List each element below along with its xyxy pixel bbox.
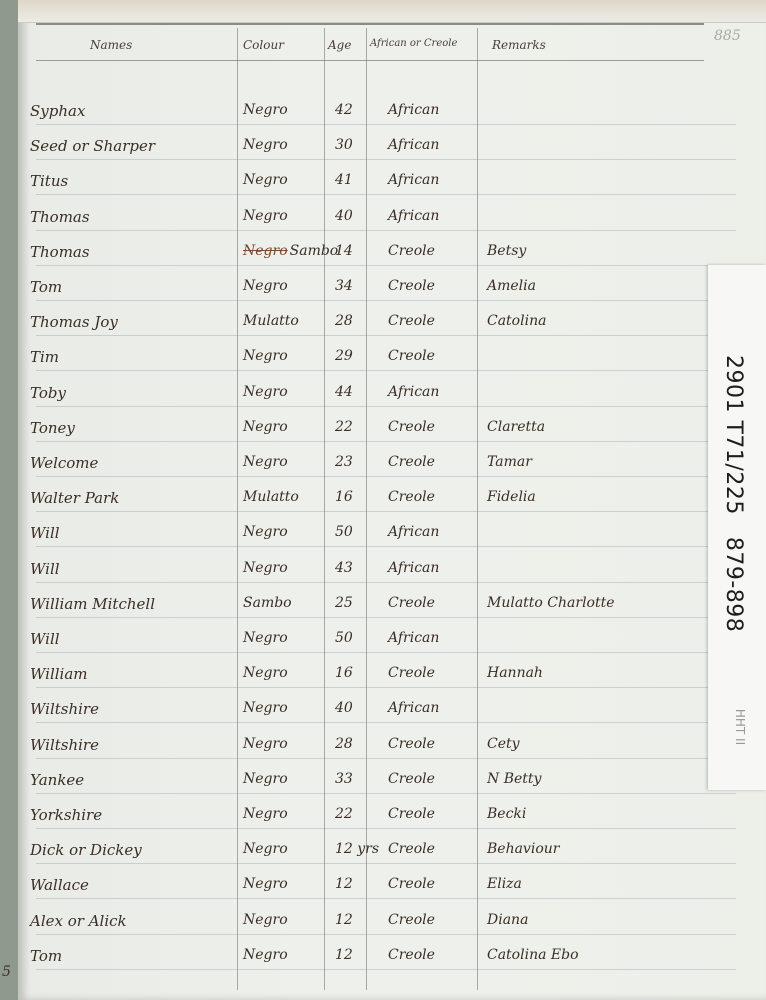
cell-name: Tom <box>30 278 62 296</box>
colour-value: Negro <box>243 102 288 118</box>
table-row: WiltshireNegro28CreoleCety <box>0 732 766 760</box>
cell-colour: Negro <box>243 700 288 716</box>
cell-age: 29 <box>335 348 353 364</box>
label-text: 2901 T71/225879-898 <box>721 355 746 632</box>
table-row: WillNegro50African <box>0 520 766 548</box>
table-row: SyphaxNegro42African <box>0 98 766 126</box>
cell-origin: Creole <box>388 665 435 681</box>
cell-remarks: Eliza <box>487 876 522 892</box>
cell-name: Welcome <box>30 454 98 472</box>
cell-remarks: Tamar <box>487 454 532 470</box>
table-row: WallaceNegro12CreoleEliza <box>0 872 766 900</box>
cell-remarks: Betsy <box>487 243 526 259</box>
column-headers: Names Colour Age African or Creole Remar… <box>0 30 766 58</box>
table-row: YorkshireNegro22CreoleBecki <box>0 802 766 830</box>
cell-name: Alex or Alick <box>30 912 127 930</box>
cell-name: Will <box>30 630 60 648</box>
cell-age: 33 <box>335 771 353 787</box>
table-row: YankeeNegro33CreoleN Betty <box>0 767 766 795</box>
cell-colour: Negro <box>243 172 288 188</box>
table-row: TitusNegro41African <box>0 168 766 196</box>
cell-age: 28 <box>335 736 353 752</box>
cell-colour: Negro <box>243 630 288 646</box>
header-rule <box>36 60 704 61</box>
cell-name: Wallace <box>30 876 89 894</box>
cell-origin: Creole <box>388 243 435 259</box>
cell-colour: Negro <box>243 102 288 118</box>
table-row: ToneyNegro22CreoleClaretta <box>0 415 766 443</box>
colour-value: Negro <box>243 419 288 435</box>
page-edge-strip <box>18 0 766 23</box>
colour-value: Negro <box>243 806 288 822</box>
cell-colour: Negro <box>243 384 288 400</box>
cell-name: Wiltshire <box>30 736 99 754</box>
cell-name: William Mitchell <box>30 595 155 613</box>
table-row: ThomasNegroSambo14CreoleBetsy <box>0 239 766 267</box>
table-row: WilliamNegro16CreoleHannah <box>0 661 766 689</box>
cell-remarks: Behaviour <box>487 841 559 857</box>
cell-name: Toney <box>30 419 75 437</box>
cell-name: Seed or Sharper <box>30 137 155 155</box>
table-row: Thomas JoyMulatto28CreoleCatolina <box>0 309 766 337</box>
cell-name: Toby <box>30 384 66 402</box>
cell-colour: Negro <box>243 560 288 576</box>
cell-origin: African <box>388 208 439 224</box>
cell-age: 43 <box>335 560 353 576</box>
cell-colour: NegroSambo <box>243 243 338 259</box>
cell-origin: African <box>388 384 439 400</box>
cell-age: 41 <box>335 172 353 188</box>
cell-colour: Negro <box>243 841 288 857</box>
cell-age: 12 <box>335 912 353 928</box>
table-row: TomNegro12CreoleCatolina Ebo <box>0 943 766 971</box>
cell-age: 16 <box>335 489 353 505</box>
cell-colour: Negro <box>243 736 288 752</box>
cell-age: 30 <box>335 137 353 153</box>
cell-name: Yorkshire <box>30 806 102 824</box>
cell-age: 34 <box>335 278 353 294</box>
cell-origin: Creole <box>388 419 435 435</box>
cell-age: 50 <box>335 524 353 540</box>
colour-value: Mulatto <box>243 489 299 505</box>
cell-age: 40 <box>335 208 353 224</box>
colour-value: Negro <box>243 841 288 857</box>
cell-name: Wiltshire <box>30 700 99 718</box>
table-row: ThomasNegro40African <box>0 204 766 232</box>
cell-remarks: N Betty <box>487 771 541 787</box>
table-row: Dick or DickeyNegro12 yrsCreoleBehaviour <box>0 837 766 865</box>
cell-name: Titus <box>30 172 68 190</box>
cell-age: 12 <box>335 947 353 963</box>
cell-remarks: Cety <box>487 736 520 752</box>
cell-origin: African <box>388 630 439 646</box>
cell-age: 44 <box>335 384 353 400</box>
cell-remarks: Diana <box>487 912 528 928</box>
cell-colour: Negro <box>243 771 288 787</box>
cell-name: Thomas <box>30 208 90 226</box>
cell-name: Will <box>30 524 60 542</box>
cell-remarks: Amelia <box>487 278 536 294</box>
colour-value: Negro <box>243 524 288 540</box>
table-row: TomNegro34CreoleAmelia <box>0 274 766 302</box>
cell-origin: African <box>388 560 439 576</box>
colour-value: Negro <box>243 736 288 752</box>
cell-origin: Creole <box>388 278 435 294</box>
cell-colour: Negro <box>243 806 288 822</box>
table-row: WelcomeNegro23CreoleTamar <box>0 450 766 478</box>
table-row: WillNegro43African <box>0 556 766 584</box>
cell-name: Syphax <box>30 102 85 120</box>
colour-value: Negro <box>243 278 288 294</box>
cell-remarks: Catolina Ebo <box>487 947 579 963</box>
cell-age: 25 <box>335 595 353 611</box>
colour-value: Negro <box>243 560 288 576</box>
cell-remarks: Claretta <box>487 419 545 435</box>
colour-value: Negro <box>243 947 288 963</box>
cell-colour: Mulatto <box>243 313 299 329</box>
table-row: WiltshireNegro40African <box>0 696 766 724</box>
cell-origin: African <box>388 524 439 540</box>
cell-name: William <box>30 665 88 683</box>
colour-value: Negro <box>243 384 288 400</box>
cell-origin: Creole <box>388 595 435 611</box>
cell-origin: Creole <box>388 736 435 752</box>
cell-colour: Mulatto <box>243 489 299 505</box>
table-row: TobyNegro44African <box>0 380 766 408</box>
top-rule <box>36 23 704 25</box>
cell-origin: Creole <box>388 454 435 470</box>
cell-age: 22 <box>335 806 353 822</box>
cell-origin: African <box>388 137 439 153</box>
cell-origin: African <box>388 102 439 118</box>
cell-age: 12 <box>335 876 353 892</box>
struck-colour: Negro <box>243 243 288 259</box>
cell-colour: Negro <box>243 419 288 435</box>
cell-remarks: Mulatto Charlotte <box>487 595 615 611</box>
cell-remarks: Fidelia <box>487 489 536 505</box>
cell-colour: Negro <box>243 524 288 540</box>
colour-value: Sambo <box>243 595 292 611</box>
cell-name: Yankee <box>30 771 84 789</box>
cell-colour: Negro <box>243 137 288 153</box>
cell-colour: Sambo <box>243 595 292 611</box>
cell-remarks: Becki <box>487 806 526 822</box>
cell-name: Will <box>30 560 60 578</box>
header-origin: African or Creole <box>370 38 457 49</box>
cell-origin: African <box>388 172 439 188</box>
cell-origin: Creole <box>388 841 435 857</box>
cell-origin: African <box>388 700 439 716</box>
colour-value: Negro <box>243 630 288 646</box>
cell-remarks: Hannah <box>487 665 543 681</box>
cell-age: 22 <box>335 419 353 435</box>
colour-value: Negro <box>243 912 288 928</box>
colour-value: Negro <box>243 700 288 716</box>
cell-name: Thomas Joy <box>30 313 118 331</box>
archive-reference-label: 2901 T71/225879-898 HHT II <box>708 265 766 790</box>
cell-colour: Negro <box>243 208 288 224</box>
cell-colour: Negro <box>243 665 288 681</box>
cell-colour: Negro <box>243 947 288 963</box>
cell-colour: Negro <box>243 912 288 928</box>
table-row: William MitchellSambo25CreoleMulatto Cha… <box>0 591 766 619</box>
cell-age: 16 <box>335 665 353 681</box>
cell-origin: Creole <box>388 876 435 892</box>
folio-range: 879-898 <box>721 537 746 632</box>
colour-value: Negro <box>243 348 288 364</box>
header-age: Age <box>328 38 351 52</box>
colour-value: Sambo <box>290 243 339 259</box>
cell-colour: Negro <box>243 348 288 364</box>
cell-origin: Creole <box>388 313 435 329</box>
margin-mark: 5 <box>2 964 11 980</box>
cell-colour: Negro <box>243 278 288 294</box>
colour-value: Mulatto <box>243 313 299 329</box>
tally-mark: HHT II <box>733 709 747 745</box>
cell-origin: Creole <box>388 806 435 822</box>
colour-value: Negro <box>243 665 288 681</box>
colour-value: Negro <box>243 454 288 470</box>
cell-age: 50 <box>335 630 353 646</box>
table-row: TimNegro29Creole <box>0 344 766 372</box>
cell-origin: Creole <box>388 489 435 505</box>
cell-name: Tom <box>30 947 62 965</box>
table-row: WillNegro50African <box>0 626 766 654</box>
cell-age: 12 yrs <box>335 841 379 857</box>
cell-origin: Creole <box>388 348 435 364</box>
table-row: Alex or AlickNegro12CreoleDiana <box>0 908 766 936</box>
cell-name: Walter Park <box>30 489 119 507</box>
cell-name: Tim <box>30 348 59 366</box>
header-remarks: Remarks <box>492 38 546 52</box>
colour-value: Negro <box>243 771 288 787</box>
cell-age: 40 <box>335 700 353 716</box>
cell-origin: Creole <box>388 771 435 787</box>
cell-origin: Creole <box>388 947 435 963</box>
header-colour: Colour <box>243 38 284 52</box>
colour-value: Negro <box>243 208 288 224</box>
archive-reference: 2901 T71/225 <box>721 355 746 515</box>
cell-name: Thomas <box>30 243 90 261</box>
cell-age: 28 <box>335 313 353 329</box>
colour-value: Negro <box>243 876 288 892</box>
cell-age: 23 <box>335 454 353 470</box>
table-row: Seed or SharperNegro30African <box>0 133 766 161</box>
cell-age: 14 <box>335 243 353 259</box>
cell-name: Dick or Dickey <box>30 841 142 859</box>
colour-value: Negro <box>243 172 288 188</box>
table-row: Walter ParkMulatto16CreoleFidelia <box>0 485 766 513</box>
cell-age: 42 <box>335 102 353 118</box>
cell-remarks: Catolina <box>487 313 546 329</box>
colour-value: Negro <box>243 137 288 153</box>
header-names: Names <box>90 38 132 52</box>
cell-origin: Creole <box>388 912 435 928</box>
cell-colour: Negro <box>243 454 288 470</box>
cell-colour: Negro <box>243 876 288 892</box>
